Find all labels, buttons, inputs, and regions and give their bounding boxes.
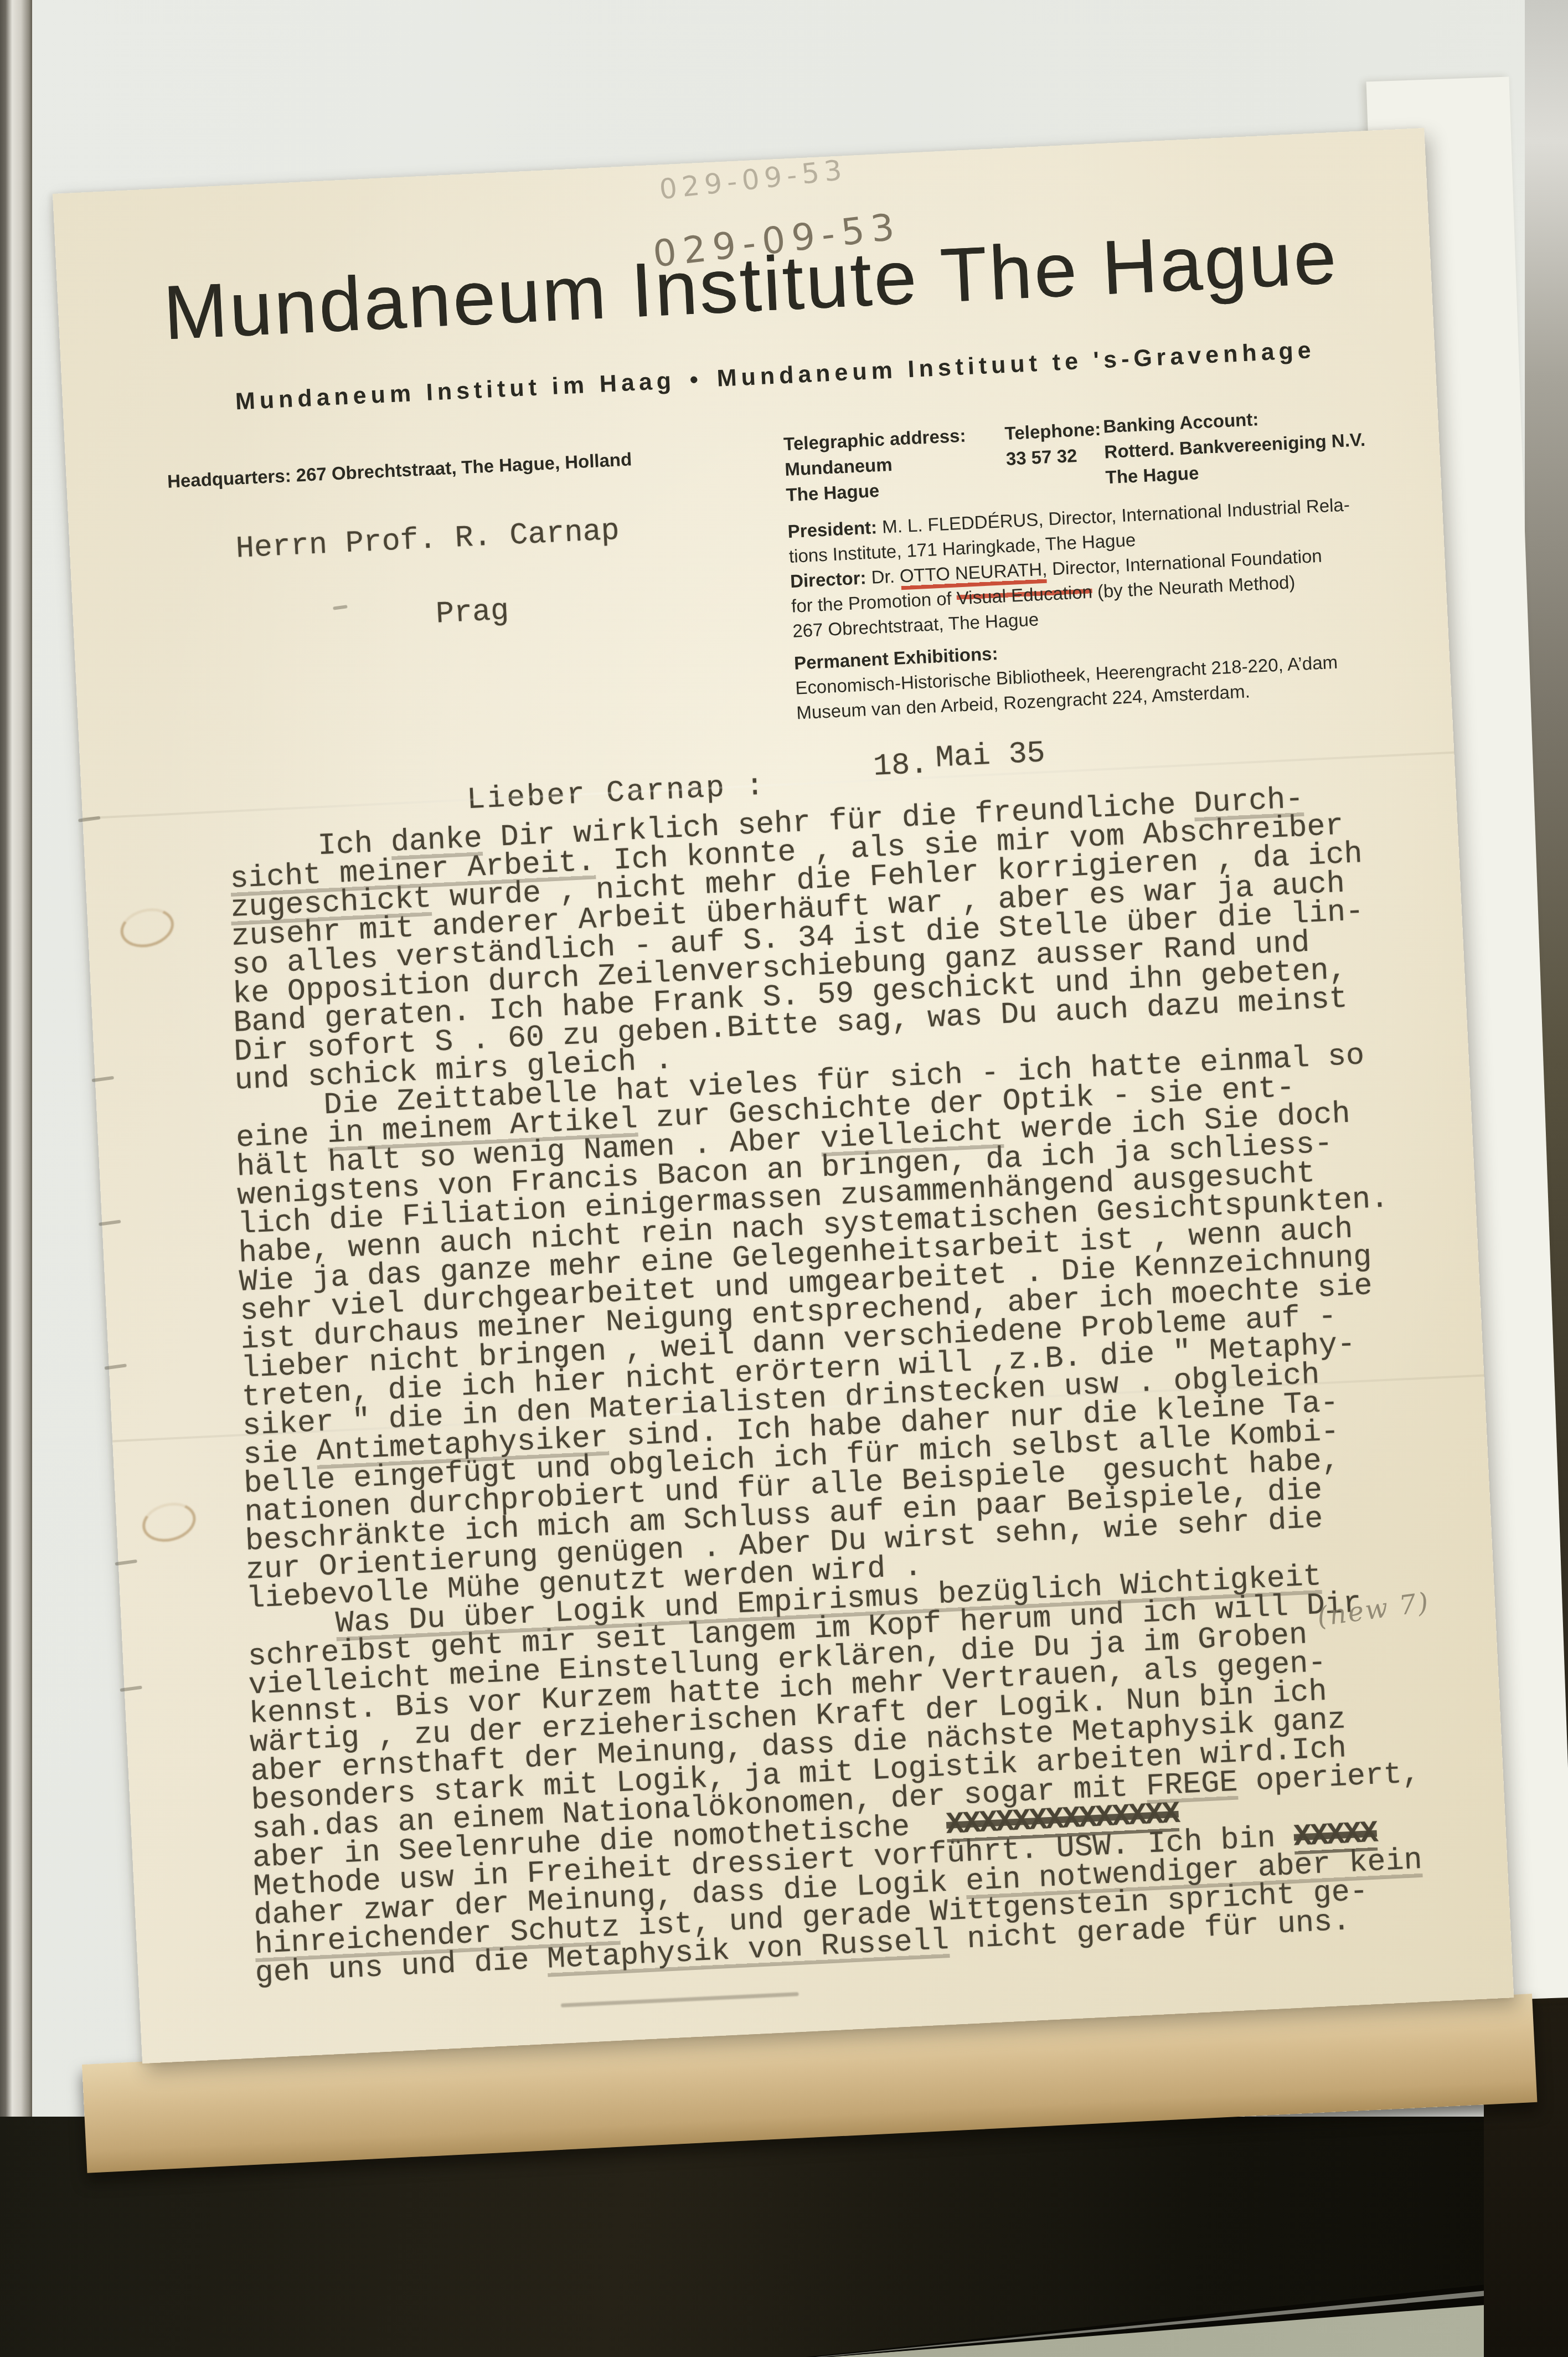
pencil-dash <box>92 1076 114 1082</box>
officers-block: President: M. L. FLEDDÉRUS, Director, In… <box>787 487 1457 643</box>
text-line: 33 57 32 <box>1005 442 1103 472</box>
subtitle-dutch: Mundaneum Instituut te 's-Gravenhage <box>716 337 1316 392</box>
banking-block: Banking Account:Rotterd. Bankvereeniging… <box>1102 402 1367 490</box>
text-line: Headquarters: 267 Obrechtstraat, The Hag… <box>167 446 632 494</box>
punch-mark-top <box>116 903 178 953</box>
photo-of-letter: 029-09-53 029-09-53 Mundaneum Institute … <box>0 0 1568 2357</box>
recipient-name: Herrn Prof. R. Carnap <box>235 513 620 567</box>
telegraphic-block: Telegraphic address:MundaneumThe Hague <box>783 423 969 508</box>
text-line: Telephone: <box>1004 416 1102 446</box>
recipient-city: Prag <box>435 593 510 631</box>
letter-sheet: 029-09-53 029-09-53 Mundaneum Institute … <box>53 128 1514 2063</box>
pencil-dash <box>115 1560 137 1566</box>
pencil-line-below-text <box>561 1992 799 2008</box>
text-segment: Director: <box>790 567 871 591</box>
pencil-dash <box>333 605 348 610</box>
text-segment: President: <box>787 517 883 542</box>
bullet-separator: • <box>689 366 703 393</box>
date-rest: Mai 35 <box>935 735 1046 775</box>
punch-mark-bottom <box>138 1497 200 1547</box>
red-struck-text: Visual Education <box>956 581 1093 609</box>
text-segment: Dr. <box>871 565 900 587</box>
subtitle-german: Mundaneum Institut im Haag <box>235 367 676 415</box>
headquarters-line: Headquarters: 267 Obrechtstraat, The Hag… <box>167 446 632 494</box>
telephone-block: Telephone:33 57 32 <box>1004 416 1103 472</box>
pencil-dash <box>99 1220 121 1226</box>
